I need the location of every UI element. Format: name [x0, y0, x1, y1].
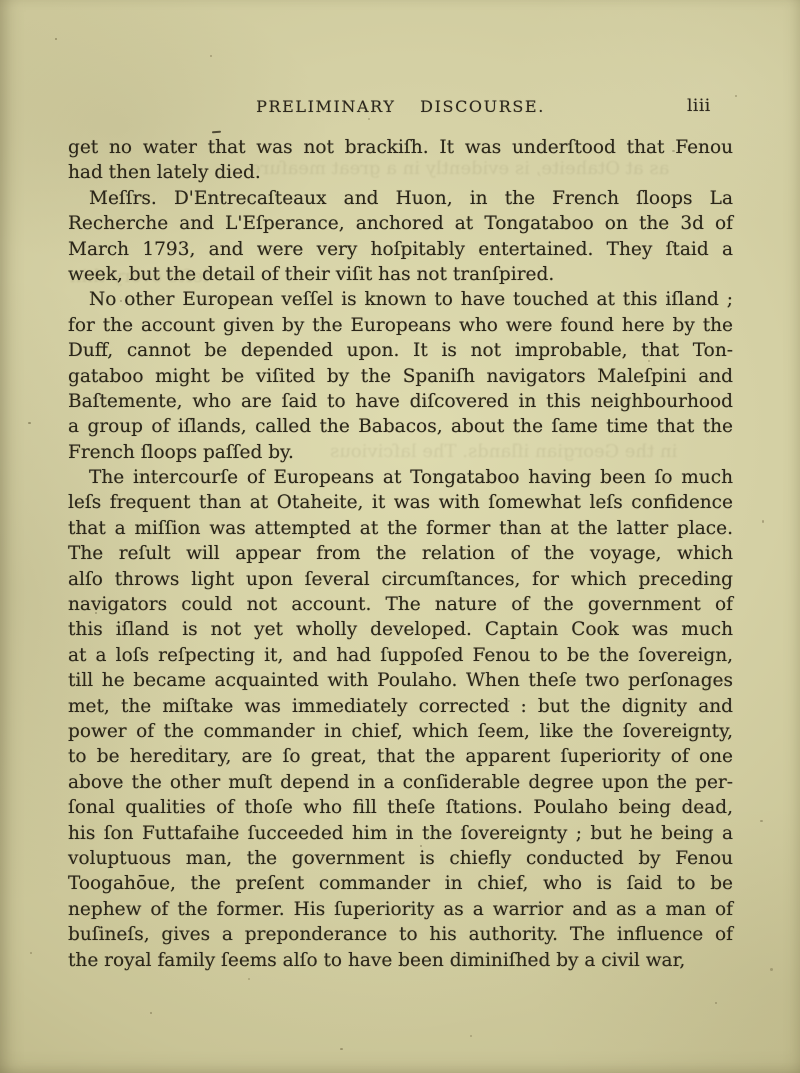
text-line: ſonal qualities of thoſe who fill theſe … — [68, 795, 733, 820]
text-line: had then lately died. — [68, 160, 733, 185]
text-line: The reſult will appear from the relation… — [68, 541, 733, 566]
text-line: gataboo might be viſited by the Spaniſh … — [68, 364, 733, 389]
paper-speck — [762, 520, 764, 523]
text-line: for the account given by the Europeans w… — [68, 313, 733, 338]
text-line: leſs frequent than at Otaheite, it was w… — [68, 490, 733, 515]
paper-speck — [30, 952, 32, 954]
paper-speck — [340, 1048, 343, 1050]
text-line: navigators could not account. The nature… — [68, 592, 733, 617]
text-line: power of the commander in chief, which ſ… — [68, 719, 733, 744]
text-line: buſineſs, gives a preponderance to his a… — [68, 922, 733, 947]
paper-speck — [210, 55, 212, 57]
text-line: get no water that was not brackiſh. It w… — [68, 135, 733, 160]
text-line: week, but the detail of their viſit has … — [68, 262, 733, 287]
text-line: till he became acquainted with Poulaho. … — [68, 668, 733, 693]
page-number: liii — [687, 96, 711, 116]
text-line: at a loſs reſpecting it, and had ſuppoſe… — [68, 643, 733, 668]
text-line: alſo throws light upon ſeveral circumſta… — [68, 567, 733, 592]
text-line: French ſloops paſſed by. — [68, 440, 733, 465]
text-line: a group of iſlands, called the Babacos, … — [68, 414, 733, 439]
text-line: nephew of the former. His ſuperiority as… — [68, 897, 733, 922]
ink-stray-mark — [212, 131, 221, 134]
paper-speck — [470, 1035, 472, 1037]
page-body-text: get no water that was not brackiſh. It w… — [68, 135, 733, 973]
text-line: this iſland is not yet wholly developed.… — [68, 617, 733, 642]
text-line: voluptuous man, the government is chiefl… — [68, 846, 733, 871]
paper-speck — [715, 1002, 717, 1004]
text-line: above the other muſt depend in a conſide… — [68, 770, 733, 795]
text-line: Meſſrs. D'Entrecaſteaux and Huon, in the… — [68, 186, 733, 211]
text-line: Recherche and L'Eſperance, anchored at T… — [68, 211, 733, 236]
book-page: PRELIMINARY DISCOURSE. liii as at Otahei… — [0, 0, 800, 1073]
text-line: to be hereditary, are ſo great, that the… — [68, 744, 733, 769]
paper-speck — [248, 978, 250, 980]
text-line: Duff, cannot be depended upon. It is not… — [68, 338, 733, 363]
text-line: The intercourſe of Europeans at Tongatab… — [68, 465, 733, 490]
paper-speck — [28, 422, 31, 424]
text-line: March 1793, and were very hoſpitably ent… — [68, 237, 733, 262]
paper-speck — [770, 968, 773, 971]
paper-speck — [760, 820, 763, 822]
text-line: Baſtemente, who are ſaid to have diſcove… — [68, 389, 733, 414]
text-line: that a miſſion was attempted at the form… — [68, 516, 733, 541]
paper-speck — [55, 38, 57, 40]
text-line: No other European veſſel is known to hav… — [68, 287, 733, 312]
running-header-title: PRELIMINARY DISCOURSE. — [68, 97, 733, 116]
paper-speck — [735, 95, 737, 97]
text-line: his ſon Futtafaihe ſucceeded him in the … — [68, 821, 733, 846]
text-line: Toogahōue, the preſent commander in chie… — [68, 871, 733, 896]
text-line: met, the miſtake was immediately correct… — [68, 694, 733, 719]
paper-speck — [150, 1012, 152, 1014]
running-head: PRELIMINARY DISCOURSE. liii — [68, 97, 733, 119]
text-line: the royal family ſeems alſo to have been… — [68, 948, 733, 973]
